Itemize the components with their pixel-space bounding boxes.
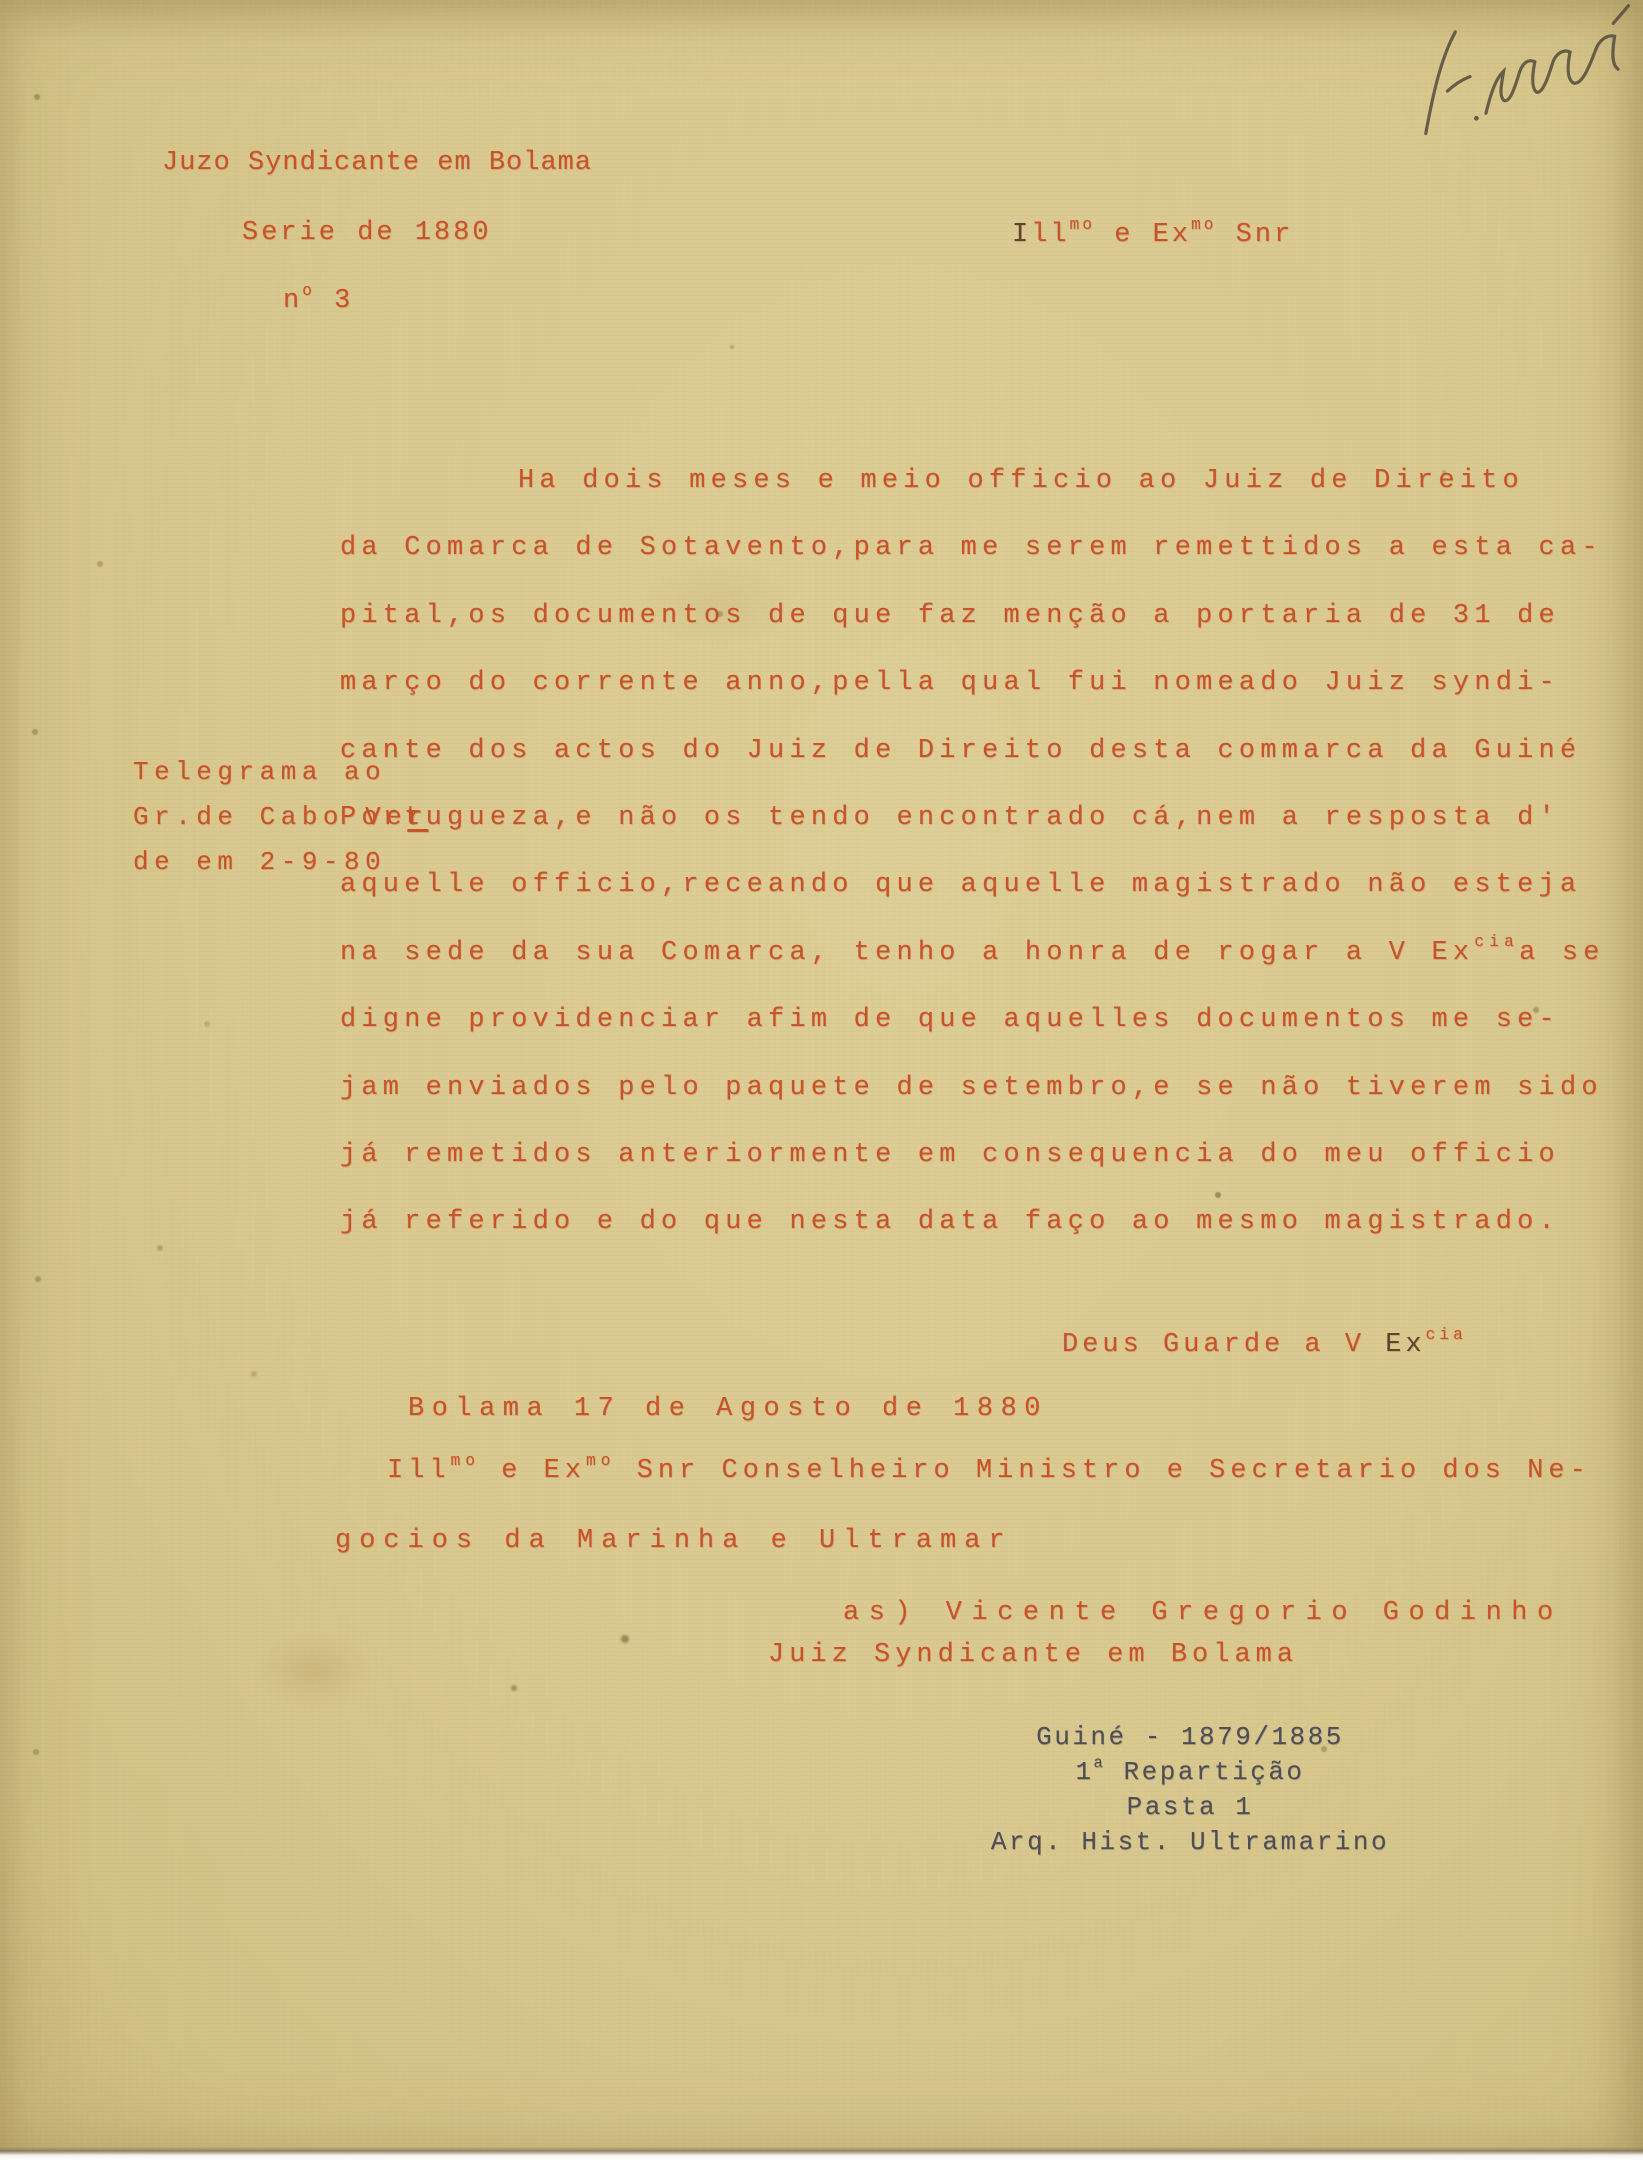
- text-line: jam enviados pelo paquete de setembro,e …: [340, 1055, 1605, 1122]
- salutation-line: Illmo e Exmo Snr: [1012, 220, 1293, 250]
- header-document-number: no 3: [283, 286, 353, 316]
- archive-stamp: Guiné - 1879/18851a RepartiçãoPasta 1Arq…: [930, 1720, 1450, 1860]
- text-line: já remetidos anteriormente em consequenc…: [340, 1122, 1605, 1189]
- foxing-specks: [0, 0, 4, 4]
- signature-name-line: as) Vicente Gregorio Godinho: [843, 1598, 1563, 1628]
- text-line: aquelle officio,receando que aquelle mag…: [340, 852, 1605, 919]
- text-line: março do corrente anno,pella qual fui no…: [340, 650, 1605, 717]
- letter-body-paragraph: Ha dois meses e meio officio ao Juiz de …: [340, 448, 1605, 1257]
- text-line: na sede da sua Comarca, tenho a honra de…: [340, 920, 1605, 987]
- signature-title-line: Juiz Syndicante em Bolama: [768, 1640, 1298, 1670]
- text-line: já referido e do que nesta data faço ao …: [340, 1189, 1605, 1256]
- valediction-line: Deus Guarde a V Excia: [1062, 1330, 1467, 1360]
- scan-bottom-edge: [0, 2147, 1643, 2160]
- text-line: da Comarca de Sotavento,para me serem re…: [340, 515, 1605, 582]
- text-line: Portugueza,e não os tendo encontrado cá,…: [340, 785, 1605, 852]
- text-line: digne providenciar afim de que aquelles …: [340, 987, 1605, 1054]
- text-line: cante dos actos do Juiz de Direito desta…: [340, 718, 1605, 785]
- document-page: Juzo Syndicante em Bolama Serie de 1880 …: [0, 0, 1643, 2160]
- text-line: pital,os documentos de que faz menção a …: [340, 583, 1605, 650]
- header-office-line: Juzo Syndicante em Bolama: [162, 148, 592, 178]
- handwritten-annotation-icon: [1386, 2, 1642, 147]
- text-line: Pasta 1: [930, 1790, 1450, 1825]
- text-line: 1a Repartição: [930, 1755, 1450, 1790]
- addressee-line-1: Illmo e Exmo Snr Conselheiro Ministro e …: [387, 1456, 1591, 1486]
- paper-stain: [255, 1630, 375, 1710]
- addressee-line-2: gocios da Marinha e Ultramar: [335, 1526, 1013, 1556]
- text-line: Ha dois meses e meio officio ao Juiz de …: [340, 448, 1605, 515]
- date-place-line: Bolama 17 de Agosto de 1880: [408, 1394, 1048, 1424]
- text-line: Guiné - 1879/1885: [930, 1720, 1450, 1755]
- text-line: Arq. Hist. Ultramarino: [930, 1825, 1450, 1860]
- header-series-line: Serie de 1880: [242, 218, 492, 248]
